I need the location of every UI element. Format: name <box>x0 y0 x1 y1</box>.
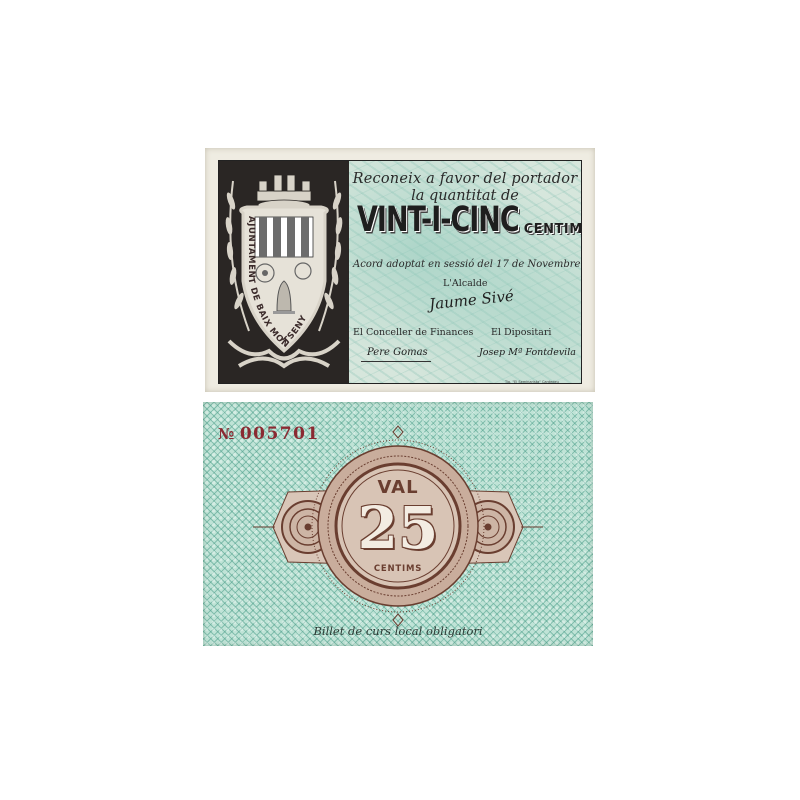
declaration-line-1: Reconeix a favor del portador <box>349 171 581 187</box>
finances-label: El Conceller de Finances <box>353 327 473 338</box>
coat-of-arms-panel: AJUNTAMENT DE BAIX MONTSENY <box>219 161 349 383</box>
amount-in-words: VINT-I-CINCCENTIMS <box>357 209 582 240</box>
banknote-back: №005701 VAL 25 CENTIMS Billet de curs lo… <box>203 402 593 646</box>
denomination-unit: CENTIMS <box>203 564 593 574</box>
front-text-panel: Reconeix a favor del portador la quantit… <box>349 161 581 383</box>
printer-imprint: Tip. "El Seminarista" Cardedeu <box>505 380 559 384</box>
front-frame: AJUNTAMENT DE BAIX MONTSENY Reconeix a f… <box>218 160 582 384</box>
alcalde-label: L'Alcalde <box>443 278 488 289</box>
alcalde-signature: Jaume Sivé <box>428 287 514 314</box>
decree-text: Acord adoptat en sessió del 17 de Novemb… <box>353 259 581 270</box>
dipositari-label: El Dipositari <box>491 327 551 338</box>
finances-signature-flourish <box>361 361 431 362</box>
banknote-front: AJUNTAMENT DE BAIX MONTSENY Reconeix a f… <box>205 148 595 392</box>
finances-signature: Pere Gomas <box>367 347 428 358</box>
amount-unit: CENTIMS <box>524 222 582 237</box>
legal-tender-legend: Billet de curs local obligatori <box>203 624 593 638</box>
amount-main: VINT-I-CINC <box>357 200 519 240</box>
serial-digits: 005701 <box>240 424 320 444</box>
coat-of-arms-icon: AJUNTAMENT DE BAIX MONTSENY <box>219 161 349 383</box>
dipositari-signature: Josep Mª Fontdevila <box>479 347 576 358</box>
denomination-value: 25 <box>203 498 593 558</box>
serial-number: №005701 <box>218 424 320 444</box>
serial-prefix: № <box>218 425 236 443</box>
